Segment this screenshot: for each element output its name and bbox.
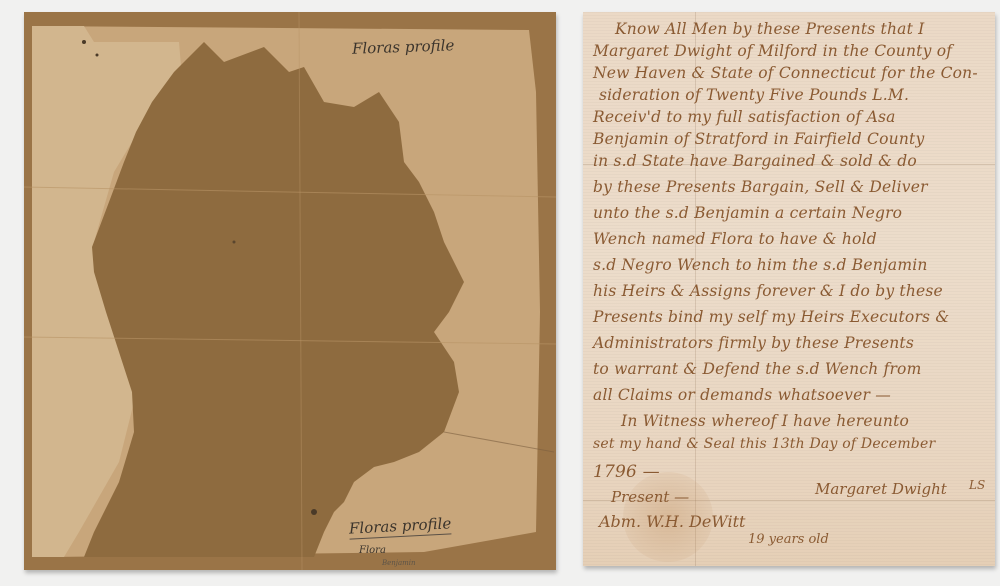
age-note: 19 years old [748, 532, 829, 547]
deed-line-18: set my hand & Seal this 13th Day of Dece… [593, 436, 989, 452]
seal-mark: LS [969, 478, 985, 492]
profile-label-top: Floras profile [352, 36, 455, 58]
deed-line-12: his Heirs & Assigns forever & I do by th… [593, 282, 989, 300]
present-label: Present — [611, 488, 689, 506]
deed-line-17: In Witness whereof I have hereunto [621, 412, 989, 430]
deed-line-7: in s.d State have Bargained & sold & do [593, 152, 989, 170]
deed-line-16: all Claims or demands whatsoever — [593, 386, 989, 404]
profile-label-benjamin: Benjamin [382, 559, 416, 567]
deed-line-5: Receiv'd to my full satisfaction of Asa [593, 108, 989, 126]
deed-line-11: s.d Negro Wench to him the s.d Benjamin [593, 256, 989, 274]
silhouette-document: Floras profile Floras profile Flora Benj… [24, 12, 556, 570]
profile-label-flora: Flora [359, 545, 386, 556]
deed-line-6: Benjamin of Stratford in Fairfield Count… [593, 130, 989, 148]
deed-line-8: by these Presents Bargain, Sell & Delive… [593, 178, 989, 196]
deed-line-13: Presents bind my self my Heirs Executors… [593, 308, 989, 326]
deed-line-15: to warrant & Defend the s.d Wench from [593, 360, 989, 378]
deed-line-19: 1796 — [593, 462, 989, 482]
deed-line-9: unto the s.d Benjamin a certain Negro [593, 204, 989, 222]
deed-line-3: New Haven & State of Connecticut for the… [593, 64, 989, 82]
silhouette-artwork [24, 12, 556, 570]
deed-line-10: Wench named Flora to have & hold [593, 230, 989, 248]
signature-margaret-dwight: Margaret Dwight [815, 480, 947, 498]
deed-document: Know All Men by these Presents that I Ma… [583, 12, 995, 566]
deed-line-1: Know All Men by these Presents that I [615, 20, 989, 38]
deed-line-2: Margaret Dwight of Milford in the County… [593, 42, 989, 60]
deed-line-4: sideration of Twenty Five Pounds L.M. [599, 86, 989, 104]
deed-line-14: Administrators firmly by these Presents [593, 334, 989, 352]
witness-signature: Abm. W.H. DeWitt [599, 512, 745, 531]
